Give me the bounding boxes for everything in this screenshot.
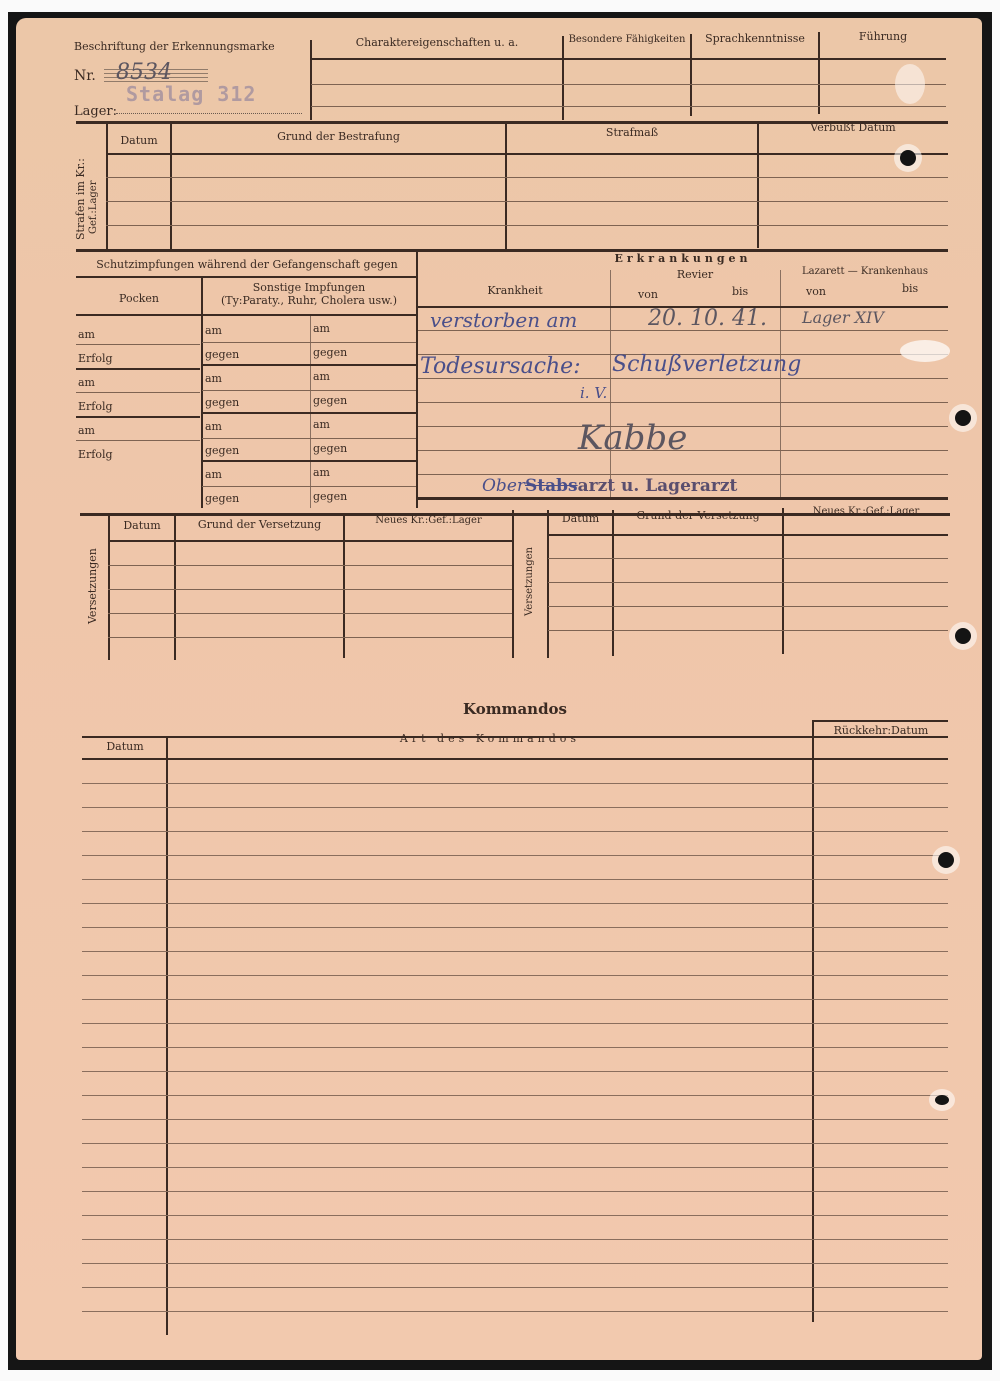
rule xyxy=(418,474,948,475)
rule xyxy=(202,460,416,462)
col-krankheit: Krankheit xyxy=(420,284,610,297)
kommando-ruled-rows xyxy=(82,760,948,1320)
sonstige-cell: am xyxy=(313,418,330,431)
sonstige-cell: gegen xyxy=(205,492,239,505)
handwritten-date: 20. 10. 41. xyxy=(648,306,767,331)
divider xyxy=(612,510,614,656)
punch-hole xyxy=(955,410,971,426)
pocken-row: am xyxy=(78,424,95,437)
rule xyxy=(76,314,416,316)
punch-hole xyxy=(955,628,971,644)
rule xyxy=(202,486,416,487)
paper-tear xyxy=(900,340,950,362)
rule xyxy=(548,582,948,583)
versetzung2-col-datum: Datum xyxy=(549,512,612,525)
rule xyxy=(812,720,948,722)
strafen-col-strafmass: Strafmaß xyxy=(507,126,757,139)
section-rule xyxy=(416,497,948,500)
stamp-rest: arzt u. Lagerarzt xyxy=(578,476,738,496)
divider xyxy=(512,510,514,658)
sonstige-cell: gegen xyxy=(313,394,347,407)
versetzung2-col-neues-lager: Neues Kr.:Gef.:Lager xyxy=(784,506,948,517)
erkrankungen-title: Erkrankungen xyxy=(420,252,946,265)
pocken-row: am xyxy=(78,376,95,389)
col-sonstige-2: (Ty:Paraty., Ruhr, Cholera usw.) xyxy=(203,294,415,307)
rule xyxy=(108,565,512,566)
pocken-row: Erfolg xyxy=(78,400,113,413)
versetzung-col-neues-lager: Neues Kr.:Gef.:Lager xyxy=(345,515,512,526)
col-besondere-faehigkeiten: Besondere Fähigkeiten xyxy=(564,34,690,45)
strafen-side-label-2: Gef.:Lager xyxy=(88,180,99,234)
handwritten-iv: i. V. xyxy=(580,384,607,402)
col-sprachkenntnisse: Sprachkenntnisse xyxy=(692,32,818,45)
kommando-col-datum: Datum xyxy=(84,740,166,753)
sonstige-cell: am xyxy=(313,466,330,479)
revier-bis: bis xyxy=(732,285,748,298)
rule xyxy=(76,440,200,441)
handwritten-verstorben: verstorben am xyxy=(430,308,577,332)
sonstige-cell: gegen xyxy=(313,442,347,455)
lazarett-label: Lazarett — Krankenhaus xyxy=(782,266,948,277)
pocken-row: am xyxy=(78,328,95,341)
lager-dotted-line xyxy=(116,113,302,114)
rule xyxy=(548,606,948,607)
rule xyxy=(76,344,200,345)
nr-label: Nr. xyxy=(74,68,96,84)
divider xyxy=(108,516,110,660)
sonstige-cell: gegen xyxy=(313,490,347,503)
rule xyxy=(106,177,948,178)
rule xyxy=(108,540,512,542)
rule xyxy=(311,84,946,85)
sonstige-cell: am xyxy=(205,372,222,385)
divider xyxy=(782,508,784,654)
paper-tear xyxy=(895,64,925,104)
divider xyxy=(780,270,781,498)
revier-von: von xyxy=(638,288,658,301)
handwritten-lager: Lager XIV xyxy=(802,308,884,327)
rule xyxy=(418,402,948,403)
rule xyxy=(76,392,200,393)
rule xyxy=(106,225,948,226)
stamp-struck-stabs: Stabs xyxy=(525,476,578,496)
rule xyxy=(108,637,512,638)
kommando-col-rueckkehr-datum: Rückkehr:Datum xyxy=(814,724,948,737)
lager-label: Lager: xyxy=(74,104,117,119)
sonstige-cell: am xyxy=(313,370,330,383)
rule xyxy=(202,390,416,391)
rule xyxy=(311,106,946,107)
versetzungen-side-label-right: Versetzungen xyxy=(524,547,535,616)
sonstige-cell: am xyxy=(205,468,222,481)
sonstige-cell: am xyxy=(205,324,222,337)
strafen-side-label-1: Strafen im Kr.: xyxy=(74,158,87,240)
pocken-row: Erfolg xyxy=(78,352,113,365)
rule xyxy=(548,558,948,559)
versetzungen-side-label-left: Versetzungen xyxy=(86,548,99,624)
versetzung-col-datum: Datum xyxy=(110,519,174,532)
rule xyxy=(202,364,416,366)
rule xyxy=(202,412,416,414)
col-charaktereigenschaften: Charaktereigenschaften u. a. xyxy=(312,36,562,49)
impfungen-title: Schutzimpfungen während der Gefangenscha… xyxy=(78,258,416,271)
versetzung2-col-grund: Grund der Versetzung xyxy=(614,509,782,522)
rule xyxy=(76,368,200,370)
sonstige-cell: am xyxy=(313,322,330,335)
col-sonstige-1: Sonstige Impfungen xyxy=(203,281,415,294)
rule xyxy=(548,534,948,536)
sonstige-cell: am xyxy=(205,420,222,433)
punch-hole xyxy=(938,852,954,868)
revier-label: Revier xyxy=(610,268,780,281)
rule xyxy=(202,438,416,439)
handwritten-todesursache-value: Schußverletzung xyxy=(612,352,801,377)
rule xyxy=(106,201,948,202)
signature: Kabbe xyxy=(578,418,687,458)
pocken-row: Erfolg xyxy=(78,448,113,461)
divider xyxy=(310,40,312,120)
stamp-ober: Ober xyxy=(482,476,525,496)
physician-stamp: OberStabsarzt u. Lagerarzt xyxy=(482,476,737,496)
handwritten-todesursache-label: Todesursache: xyxy=(420,354,581,379)
strafen-col-datum: Datum xyxy=(108,134,170,147)
divider xyxy=(690,34,692,116)
divider xyxy=(170,124,172,252)
divider xyxy=(174,516,176,660)
sonstige-cell: gegen xyxy=(313,346,347,359)
rule xyxy=(108,613,512,614)
divider xyxy=(505,124,507,250)
versetzung-col-grund: Grund der Versetzung xyxy=(176,518,343,531)
divider xyxy=(416,252,418,508)
col-fuehrung: Führung xyxy=(820,30,946,43)
divider xyxy=(547,510,549,658)
rule xyxy=(76,416,200,418)
rule xyxy=(548,630,948,631)
lazarett-bis: bis xyxy=(902,282,918,295)
strafen-col-verbuesst-datum: Verbüßt Datum xyxy=(759,121,947,134)
lager-stamp: Stalag 312 xyxy=(126,82,256,106)
rule xyxy=(76,276,416,278)
punch-hole xyxy=(900,150,916,166)
col-pocken: Pocken xyxy=(78,292,200,305)
lazarett-von: von xyxy=(806,285,826,298)
erkennungsmarke-label: Beschriftung der Erkennungsmarke xyxy=(74,40,275,53)
rule xyxy=(106,153,948,155)
sonstige-cell: gegen xyxy=(205,396,239,409)
divider xyxy=(562,36,564,120)
sonstige-cell: gegen xyxy=(205,348,239,361)
kommando-col-art: Art des Kommandos xyxy=(168,732,812,745)
rule xyxy=(108,589,512,590)
strafen-col-grund: Grund der Bestrafung xyxy=(172,130,505,143)
rule xyxy=(202,342,416,343)
punch-hole xyxy=(935,1095,949,1105)
rule xyxy=(311,58,946,60)
divider xyxy=(610,270,611,498)
divider xyxy=(757,122,759,248)
divider xyxy=(818,32,820,114)
kommandos-title: Kommandos xyxy=(80,700,950,718)
divider xyxy=(201,278,203,508)
sonstige-cell: gegen xyxy=(205,444,239,457)
